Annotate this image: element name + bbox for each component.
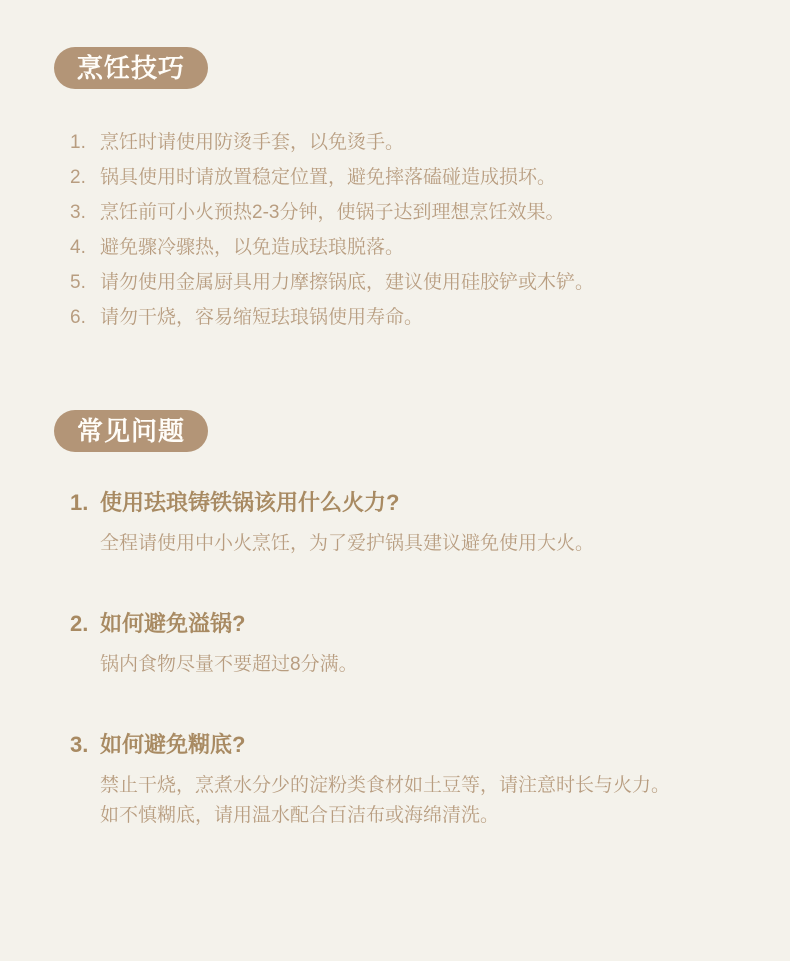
faq-item: 2. 如何避免溢锅? 锅内食物尽量不要超过8分满。 [0, 610, 790, 680]
tip-item: 4. 避免骤冷骤热，以免造成珐琅脱落。 [0, 230, 790, 265]
faq-question-number: 2. [70, 610, 100, 638]
tip-text: 烹饪前可小火预热2-3分钟，使锅子达到理想烹饪效果。 [100, 195, 790, 230]
tip-item: 5. 请勿使用金属厨具用力摩擦锅底，建议使用硅胶铲或木铲。 [0, 265, 790, 300]
faq-question: 3. 如何避免糊底? [0, 731, 790, 759]
faq-answer: 全程请使用中小火烹饪，为了爱护锅具建议避免使用大火。 [100, 529, 700, 559]
faq-badge: 常见问题 [54, 410, 208, 452]
cooking-tips-badge: 烹饪技巧 [54, 47, 208, 89]
tip-item: 2. 锅具使用时请放置稳定位置，避免摔落磕碰造成损坏。 [0, 160, 790, 195]
tip-text: 避免骤冷骤热，以免造成珐琅脱落。 [100, 230, 790, 265]
tip-item: 6. 请勿干烧，容易缩短珐琅锅使用寿命。 [0, 300, 790, 335]
faq-answer-line: 锅内食物尽量不要超过8分满。 [100, 650, 700, 680]
tip-number: 3. [70, 195, 100, 230]
tip-text: 烹饪时请使用防烫手套，以免烫手。 [100, 125, 790, 160]
faq-answer: 锅内食物尽量不要超过8分满。 [100, 650, 700, 680]
faq-question-text: 如何避免糊底? [100, 731, 790, 759]
tip-number: 2. [70, 160, 100, 195]
tip-number: 4. [70, 230, 100, 265]
faq-question: 2. 如何避免溢锅? [0, 610, 790, 638]
faq-question-number: 3. [70, 731, 100, 759]
tip-text: 锅具使用时请放置稳定位置，避免摔落磕碰造成损坏。 [100, 160, 790, 195]
faq-question-text: 如何避免溢锅? [100, 610, 790, 638]
faq-item: 1. 使用珐琅铸铁锅该用什么火力? 全程请使用中小火烹饪，为了爱护锅具建议避免使… [0, 489, 790, 559]
faq-question: 1. 使用珐琅铸铁锅该用什么火力? [0, 489, 790, 517]
faq-section: 常见问题 1. 使用珐琅铸铁锅该用什么火力? 全程请使用中小火烹饪，为了爱护锅具… [0, 335, 790, 831]
tip-number: 5. [70, 265, 100, 300]
tip-number: 1. [70, 125, 100, 160]
tip-number: 6. [70, 300, 100, 335]
tip-text: 请勿干烧，容易缩短珐琅锅使用寿命。 [100, 300, 790, 335]
product-detail-page: 烹饪技巧 1. 烹饪时请使用防烫手套，以免烫手。 2. 锅具使用时请放置稳定位置… [0, 0, 790, 961]
faq-item: 3. 如何避免糊底? 禁止干烧，烹煮水分少的淀粉类食材如土豆等，请注意时长与火力… [0, 731, 790, 831]
cooking-tips-section: 烹饪技巧 1. 烹饪时请使用防烫手套，以免烫手。 2. 锅具使用时请放置稳定位置… [0, 0, 790, 335]
faq-question-number: 1. [70, 489, 100, 517]
faq-question-text: 使用珐琅铸铁锅该用什么火力? [100, 489, 790, 517]
faq-answer-line: 如不慎糊底，请用温水配合百洁布或海绵清洗。 [100, 801, 700, 831]
tip-item: 1. 烹饪时请使用防烫手套，以免烫手。 [0, 125, 790, 160]
faq-answer-line: 全程请使用中小火烹饪，为了爱护锅具建议避免使用大火。 [100, 529, 700, 559]
tip-text: 请勿使用金属厨具用力摩擦锅底，建议使用硅胶铲或木铲。 [100, 265, 790, 300]
faq-answer: 禁止干烧，烹煮水分少的淀粉类食材如土豆等，请注意时长与火力。 如不慎糊底，请用温… [100, 771, 700, 831]
cooking-tips-list: 1. 烹饪时请使用防烫手套，以免烫手。 2. 锅具使用时请放置稳定位置，避免摔落… [0, 125, 790, 335]
faq-list: 1. 使用珐琅铸铁锅该用什么火力? 全程请使用中小火烹饪，为了爱护锅具建议避免使… [0, 489, 790, 831]
tip-item: 3. 烹饪前可小火预热2-3分钟，使锅子达到理想烹饪效果。 [0, 195, 790, 230]
faq-answer-line: 禁止干烧，烹煮水分少的淀粉类食材如土豆等，请注意时长与火力。 [100, 771, 700, 801]
